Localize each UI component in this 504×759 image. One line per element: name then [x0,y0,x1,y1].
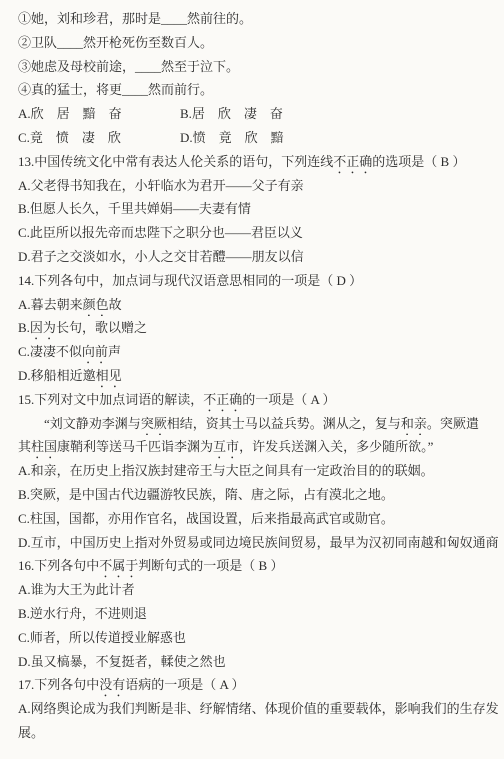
text-run: 判断句式的一项是（ B ） [138,558,283,573]
question-13: 13.中国传统文化中常有表达人伦关系的语句，下列连线不正确的选项是（ B ） [18,150,498,174]
blank-item-4: ④真的猛士，将更____然而前行。 [18,78,498,102]
text-run: 然至于泣下。 [161,59,239,74]
choice-row-ab: A.欣 居 黯 奋B.居 欣 凄 奋 [18,102,498,126]
emphasized-term: 柱国 [31,439,57,454]
text-run: D.虽又槁暴，不复挺者，輮使之然也 [18,654,226,669]
text-run: “刘文静劝李渊与 [44,416,141,431]
text-run: C.柱国，国都，亦用作官名，战国设置，后来指最高武官或勋官。 [18,511,394,526]
option-15-c: C.柱国，国都，亦用作官名，战国设置，后来指最高武官或勋官。 [18,507,498,531]
text-run: D.君子之交淡如水，小人之交甘若醴——朋友以信 [18,249,304,264]
emphasized-term: 不正确 [333,154,372,169]
text-run: 声 [108,344,121,359]
text-run: ____ [122,82,148,97]
option-13-c: C.此臣所以报先帝而忠陛下之职分也——君臣以义 [18,221,498,245]
text-run: ____ [161,11,187,26]
choice-row-ab-col2: B.居 欣 凄 奋 [180,102,498,126]
option-15-d: D.互市，中国历史上指对外贸易或同边境民族间贸易，最早为汉初同南越和匈奴通商。 [18,531,498,555]
emphasized-term: 没有 [99,677,125,692]
option-17-a-line-1: A.网络舆论成为我们判断是非、纾解情绪、体现价值的重要载体，影响我们的生存发 [18,697,498,721]
text-run: A.和亲，在历史上指汉族封建帝王与大臣之间具有一定政治目的的联姻。 [18,463,434,478]
text-run: D.互市，中国历史上指对外贸易或同边境民族间贸易，最早为汉初同南越和匈奴通商。 [18,535,498,550]
text-run: 14.下列各句中，加点词与现代汉语意思相同的一项是（ D ） [18,273,362,288]
emphasized-term: 向前 [82,344,108,359]
text-run: 的选项是（ B ） [372,154,465,169]
choice-row-cd: C.竟 愤 凄 欣D.愤 竟 欣 黯 [18,126,498,150]
text-run: 13.中国传统文化中常有表达人伦关系的语句，下列连线 [18,154,333,169]
text-run: C.此臣所以报先帝而忠陛下之职分也——君臣以义 [18,225,303,240]
blank-item-1: ①她，刘和珍君，那时是____然前往的。 [18,7,498,31]
text-run: A.网络舆论成为我们判断是非、纾解情绪、体现价值的重要载体，影响我们的生存发 [18,701,498,716]
emphasized-term: 和亲 [401,416,427,431]
exam-document: ①她，刘和珍君，那时是____然前往的。②卫队____然开枪死伤至数百人。③她虑… [0,0,504,745]
text-run: C.师者，所以传道授业解惑也 [18,630,186,645]
quote-line-2: 其柱国康鞘利等送马千匹诣李渊为互市，许发兵送渊入关，多少随所欲。” [18,435,498,459]
text-run: 其 [18,439,31,454]
text-run: B.逆水行舟，不进则退 [18,606,147,621]
emphasized-term: 因为 [30,320,56,335]
option-16-d: D.虽又槁暴，不复挺者，輮使之然也 [18,650,498,674]
text-run: 然而前行。 [148,82,213,97]
text-run: 语病的一项是（ A ） [125,677,244,692]
option-15-b: B.突厥，是中国古代边疆游牧民族，隋、唐之际，占有漠北之地。 [18,483,498,507]
text-run: 然前往的。 [187,11,252,26]
text-run: 展。 [18,725,44,740]
text-run: 康鞘利等送马千匹诣李渊为 [57,439,213,454]
text-run: 16.下列各句中 [18,558,99,573]
blank-item-3: ③她虑及母校前途，____然至于泣下。 [18,55,498,79]
text-run: 相结，资其士马以益兵势。渊从之，复与 [167,416,401,431]
blank-item-2: ②卫队____然开枪死伤至数百人。 [18,31,498,55]
text-run: C.凄凄不似 [18,344,82,359]
option-14-b: B.因为长句，歌以赠之 [18,316,498,340]
emphasized-term: 不属于 [99,558,138,573]
emphasized-term: 颜色 [83,297,109,312]
option-16-a: A.谁为大王为此计者 [18,578,498,602]
quote-line-1: “刘文静劝李渊与突厥相结，资其士马以益兵势。渊从之，复与和亲。突厥遣 [18,412,498,436]
text-run: 的一项是（ A ） [242,392,335,407]
question-17: 17.下列各句中没有语病的一项是（ A ） [18,673,498,697]
text-run: 17.下列各句中 [18,677,99,692]
question-16: 16.下列各句中不属于判断句式的一项是（ B ） [18,554,498,578]
question-14: 14.下列各句中，加点词与现代汉语意思相同的一项是（ D ） [18,269,498,293]
text-run: ③她虑及母校前途， [18,59,135,74]
option-15-a: A.和亲，在历史上指汉族封建帝王与大臣之间具有一定政治目的的联姻。 [18,459,498,483]
text-run: ，许发兵送渊入关，多少随所欲。” [239,439,433,454]
emphasized-term: 突厥 [141,416,167,431]
text-run: B. [18,320,30,335]
text-run: 故 [109,297,122,312]
text-run: B.突厥，是中国古代边疆游牧民族，隋、唐之际，占有漠北之地。 [18,487,394,502]
choice-row-ab-col1: A.欣 居 黯 奋 [18,102,180,126]
text-run: A.父老得书知我在，小轩临水为君开——父子有亲 [18,178,304,193]
option-16-c: C.师者，所以传道授业解惑也 [18,626,498,650]
text-run: 长句，歌以赠之 [56,320,147,335]
question-15: 15.下列对文中加点词语的解读，不正确的一项是（ A ） [18,388,498,412]
text-run: ④真的猛士，将更 [18,82,122,97]
option-13-a: A.父老得书知我在，小轩临水为君开——父子有亲 [18,174,498,198]
text-run: ①她，刘和珍君，那时是 [18,11,161,26]
text-run: 15.下列对文中加点词语的解读， [18,392,203,407]
text-run: B.但愿人长久，千里共婵娟——夫妻有情 [18,201,251,216]
text-run: D.移船相近邀 [18,368,96,383]
option-13-d: D.君子之交淡如水，小人之交甘若醴——朋友以信 [18,245,498,269]
text-run: 。突厥遣 [427,416,479,431]
choice-row-cd-col1: C.竟 愤 凄 欣 [18,126,180,150]
option-17-a-line-2: 展。 [18,721,498,745]
option-16-b: B.逆水行舟，不进则退 [18,602,498,626]
choice-row-cd-col2: D.愤 竟 欣 黯 [180,126,498,150]
text-run: 然开枪死伤至数百人。 [83,35,213,50]
option-13-b: B.但愿人长久，千里共婵娟——夫妻有情 [18,197,498,221]
text-run: ____ [135,59,161,74]
emphasized-term: 互市 [213,439,239,454]
option-14-a: A.暮去朝来颜色故 [18,293,498,317]
text-run: ____ [57,35,83,50]
option-14-c: C.凄凄不似向前声 [18,340,498,364]
text-run: A.谁为大王为此计者 [18,582,135,597]
option-14-d: D.移船相近邀相见 [18,364,498,388]
text-run: A.暮去朝来 [18,297,83,312]
exam-lines: ①她，刘和珍君，那时是____然前往的。②卫队____然开枪死伤至数百人。③她虑… [18,7,498,745]
text-run: ②卫队 [18,35,57,50]
emphasized-term: 不正确 [203,392,242,407]
emphasized-term: 相见 [96,368,122,383]
